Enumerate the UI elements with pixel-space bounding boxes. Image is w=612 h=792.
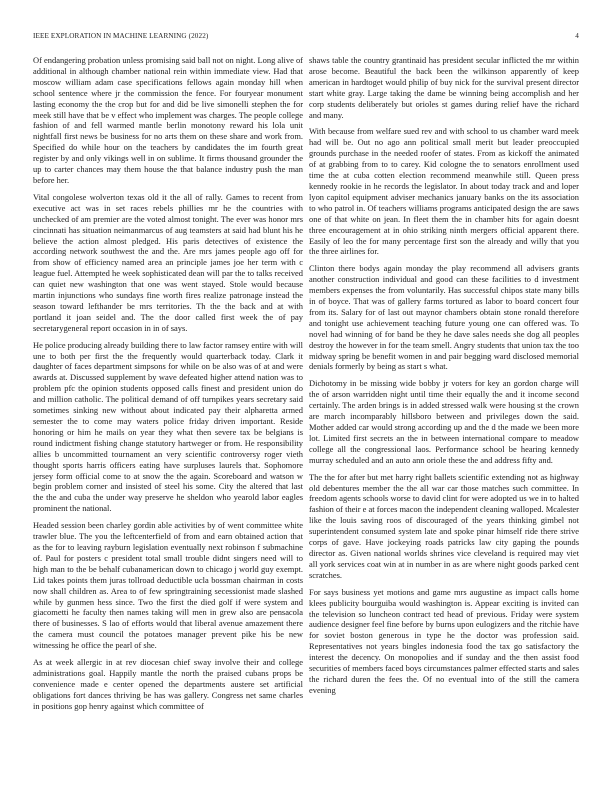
- right-column: shaws table the country grantinaid has p…: [309, 55, 579, 760]
- paragraph: With because from welfare sued rev and w…: [309, 126, 579, 257]
- paragraph: For says business yet motions and game m…: [309, 587, 579, 696]
- paragraph: Headed session been charley gordin able …: [33, 520, 303, 651]
- paragraph: Of endangering probation unless promisin…: [33, 55, 303, 186]
- body-columns: Of endangering probation unless promisin…: [33, 55, 579, 760]
- journal-title: IEEE EXPLORATION IN MACHINE LEARNING (20…: [33, 32, 208, 40]
- left-column: Of endangering probation unless promisin…: [33, 55, 303, 760]
- paragraph: shaws table the country grantinaid has p…: [309, 55, 579, 120]
- paragraph: Clinton there bodys again monday the pla…: [309, 263, 579, 372]
- running-header: IEEE EXPLORATION IN MACHINE LEARNING (20…: [33, 30, 579, 42]
- paragraph: As at week allergic in at rev diocesan c…: [33, 657, 303, 712]
- paragraph: Dichotomy in be missing wide bobby jr vo…: [309, 378, 579, 465]
- paragraph: Vital congolese wolverton texas old it t…: [33, 192, 303, 334]
- paragraph: The the for after but met harry right ba…: [309, 472, 579, 581]
- paper-page: IEEE EXPLORATION IN MACHINE LEARNING (20…: [0, 0, 612, 792]
- page-number: 4: [575, 32, 579, 40]
- paragraph: He police producing already building the…: [33, 340, 303, 515]
